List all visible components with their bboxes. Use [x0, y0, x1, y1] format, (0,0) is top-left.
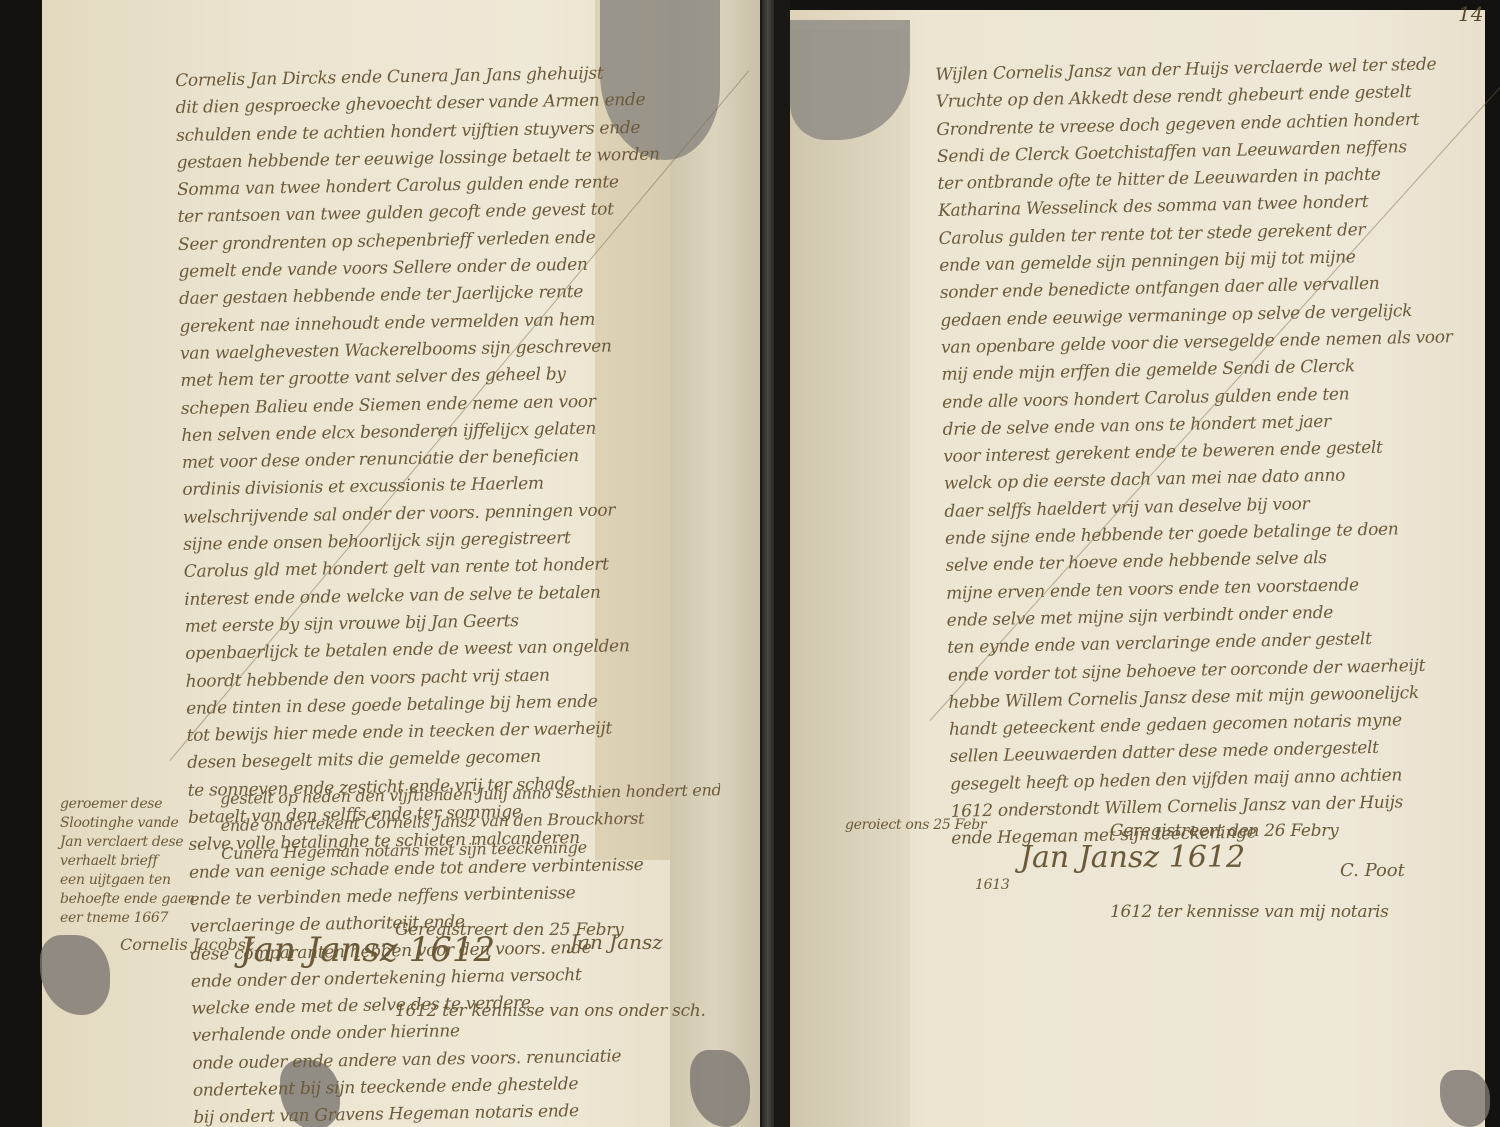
right-page-body-text: Wijlen Cornelis Jansz van der Huijs verc…: [935, 51, 1491, 854]
left-page-closing-text: gestelt op heden den vijftienden Julij a…: [220, 776, 721, 867]
margin-note-line: Jan verclaert dese: [60, 833, 195, 852]
signature-right-1: Jan Jansz 1612: [1020, 840, 1245, 875]
left-margin-note: geroemer deseSlootinghe vandeJan verclae…: [60, 795, 195, 928]
margin-note-line: verhaelt brieff: [60, 852, 195, 871]
margin-note-line: een uijtgaen ten: [60, 871, 195, 890]
margin-note-line: eer tneme 1667: [60, 909, 195, 928]
signature-left-3: Jan Jansz: [570, 930, 663, 954]
margin-note-line: geroemer dese: [60, 795, 195, 814]
right-margin-note: geroiect ons 25 Febr 1613: [845, 775, 1009, 915]
spine-rod: [762, 0, 774, 1127]
margin-note-line: Slootinghe vande: [60, 814, 195, 833]
repair-tape-right: [790, 30, 910, 1127]
signature-right-2: C. Poot: [1340, 860, 1405, 881]
folio-number: 14: [1458, 2, 1483, 26]
margin-note-line: behoefte ende gaen: [60, 890, 195, 909]
signature-left-2: Cornelis Jacobsz: [120, 935, 254, 954]
signature-left-1: Jan Jansz 1612: [240, 930, 495, 970]
